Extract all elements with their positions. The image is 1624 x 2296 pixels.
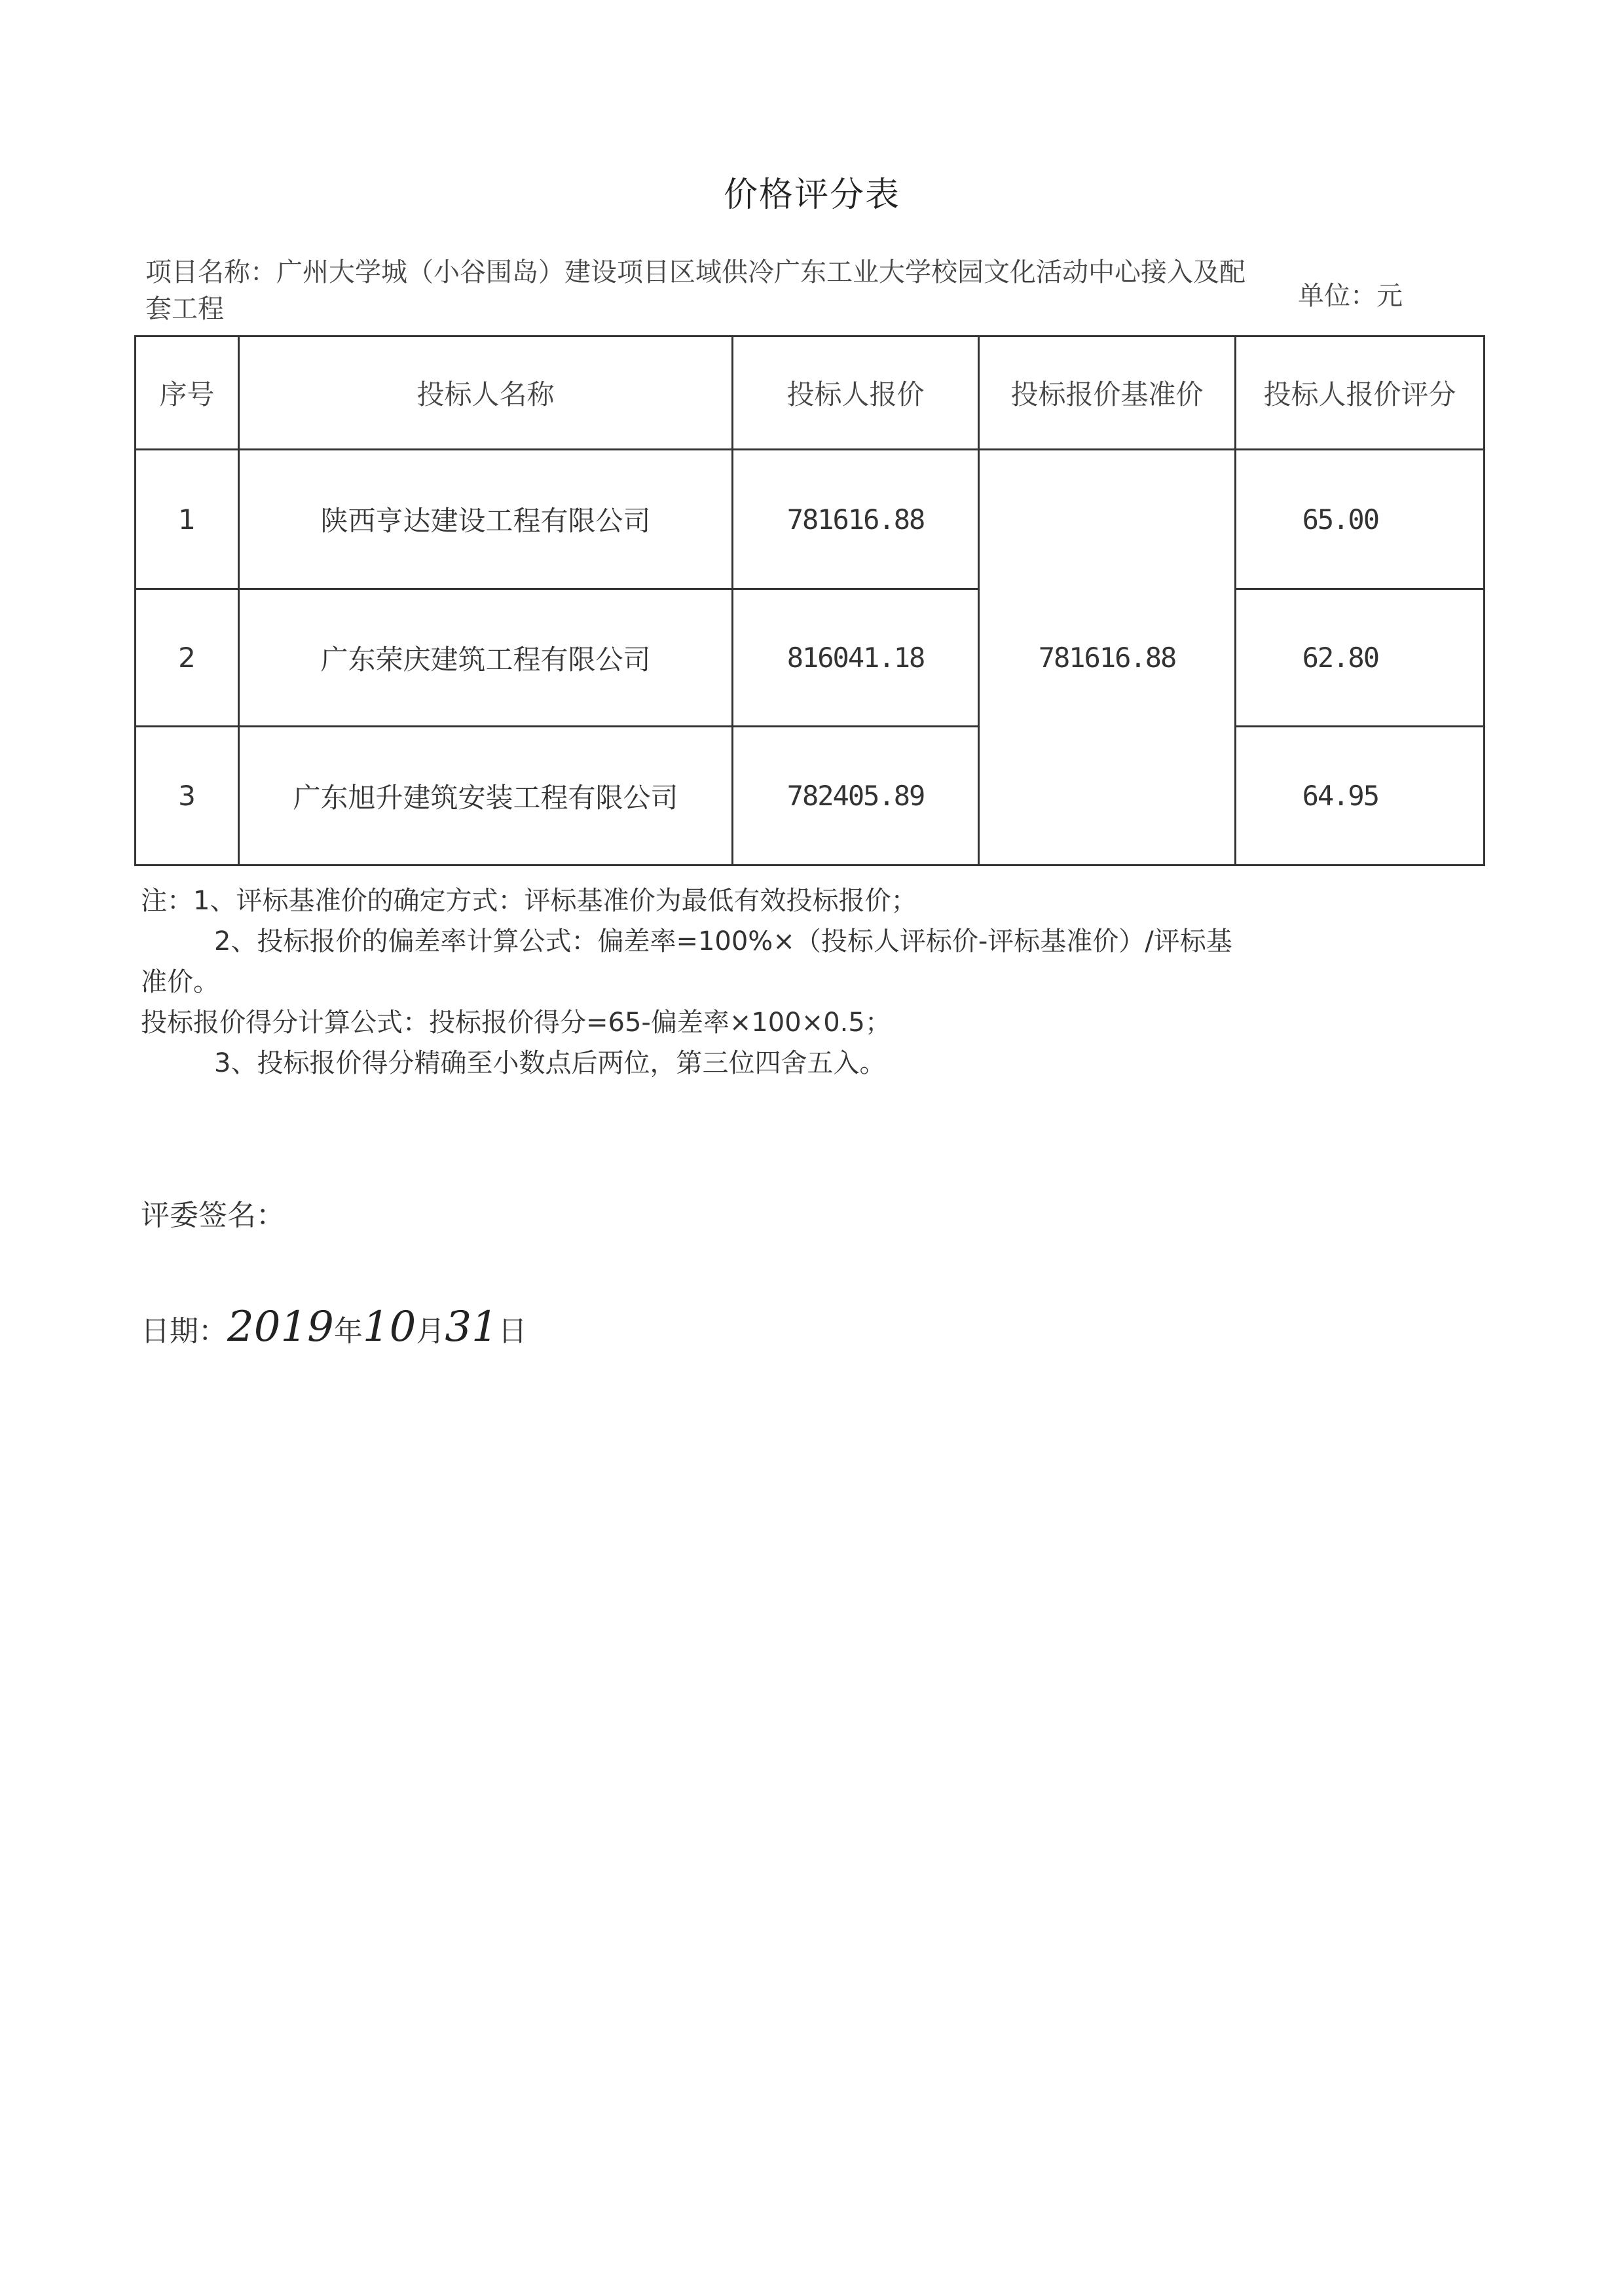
- row-index: 2: [136, 589, 239, 727]
- day-unit: 日: [498, 1315, 527, 1348]
- project-name: 项目名称：广州大学城（小谷围岛）建设项目区域供冷广东工业大学校园文化活动中心接入…: [145, 254, 1259, 327]
- row-index: 1: [136, 450, 239, 589]
- row-index: 3: [136, 727, 239, 866]
- date-label: 日期：: [141, 1315, 227, 1348]
- row-price: 782405.89: [733, 727, 979, 866]
- row-bidder: 广东旭升建筑安装工程有限公司: [239, 727, 733, 866]
- row-bidder: 广东荣庆建筑工程有限公司: [239, 589, 733, 727]
- row-score: 62.80: [1236, 589, 1485, 727]
- table-row: 2 广东荣庆建筑工程有限公司 816041.18 62.80: [136, 589, 1485, 727]
- row-price: 781616.88: [733, 450, 979, 589]
- table-row: 3 广东旭升建筑安装工程有限公司 782405.89 64.95: [136, 727, 1485, 866]
- table-row: 1 陕西亨达建设工程有限公司 781616.88 781616.88 65.00: [136, 450, 1485, 589]
- header-bidder: 投标人名称: [239, 337, 733, 450]
- header-score: 投标人报价评分: [1236, 337, 1485, 450]
- table-header-row: 序号 投标人名称 投标人报价 投标报价基准价 投标人报价评分: [136, 337, 1485, 450]
- document-title: 价格评分表: [0, 167, 1624, 216]
- note-2-cont: 准价。: [141, 962, 1490, 1002]
- project-name-value: 广州大学城（小谷围岛）建设项目区域供冷广东工业大学校园文化活动中心接入及配套工程: [145, 257, 1246, 324]
- handwritten-month: 10: [363, 1303, 416, 1351]
- row-bidder: 陕西亨达建设工程有限公司: [239, 450, 733, 589]
- reviewer-signature: 评委签名：: [141, 1192, 285, 1233]
- note-2: 2、投标报价的偏差率计算公式：偏差率=100%×（投标人评标价-评标基准价）/评…: [141, 921, 1490, 962]
- benchmark-price: 781616.88: [979, 450, 1236, 866]
- notes: 注：1、评标基准价的确定方式：评标基准价为最低有效投标报价； 2、投标报价的偏差…: [141, 881, 1490, 1084]
- row-score: 64.95: [1236, 727, 1485, 866]
- row-price: 816041.18: [733, 589, 979, 727]
- price-score-table: 序号 投标人名称 投标人报价 投标报价基准价 投标人报价评分 1 陕西亨达建设工…: [134, 335, 1485, 866]
- row-score: 65.00: [1236, 450, 1485, 589]
- note-score-formula: 投标报价得分计算公式：投标报价得分=65-偏差率×100×0.5；: [141, 1002, 1490, 1043]
- month-unit: 月: [416, 1315, 445, 1348]
- date-line: 日期：2019年10月31日: [141, 1303, 527, 1351]
- year-unit: 年: [334, 1315, 363, 1348]
- project-label: 项目名称：: [145, 257, 276, 287]
- note-3: 3、投标报价得分精确至小数点后两位，第三位四舍五入。: [141, 1043, 1490, 1084]
- unit-label: 单位：元: [1298, 275, 1403, 312]
- signature-label: 评委签名：: [141, 1199, 285, 1232]
- header-price: 投标人报价: [733, 337, 979, 450]
- handwritten-day: 31: [445, 1303, 498, 1351]
- header-benchmark: 投标报价基准价: [979, 337, 1236, 450]
- handwritten-year: 2019: [227, 1303, 334, 1351]
- header-index: 序号: [136, 337, 239, 450]
- note-1: 注：1、评标基准价的确定方式：评标基准价为最低有效投标报价；: [141, 881, 1490, 921]
